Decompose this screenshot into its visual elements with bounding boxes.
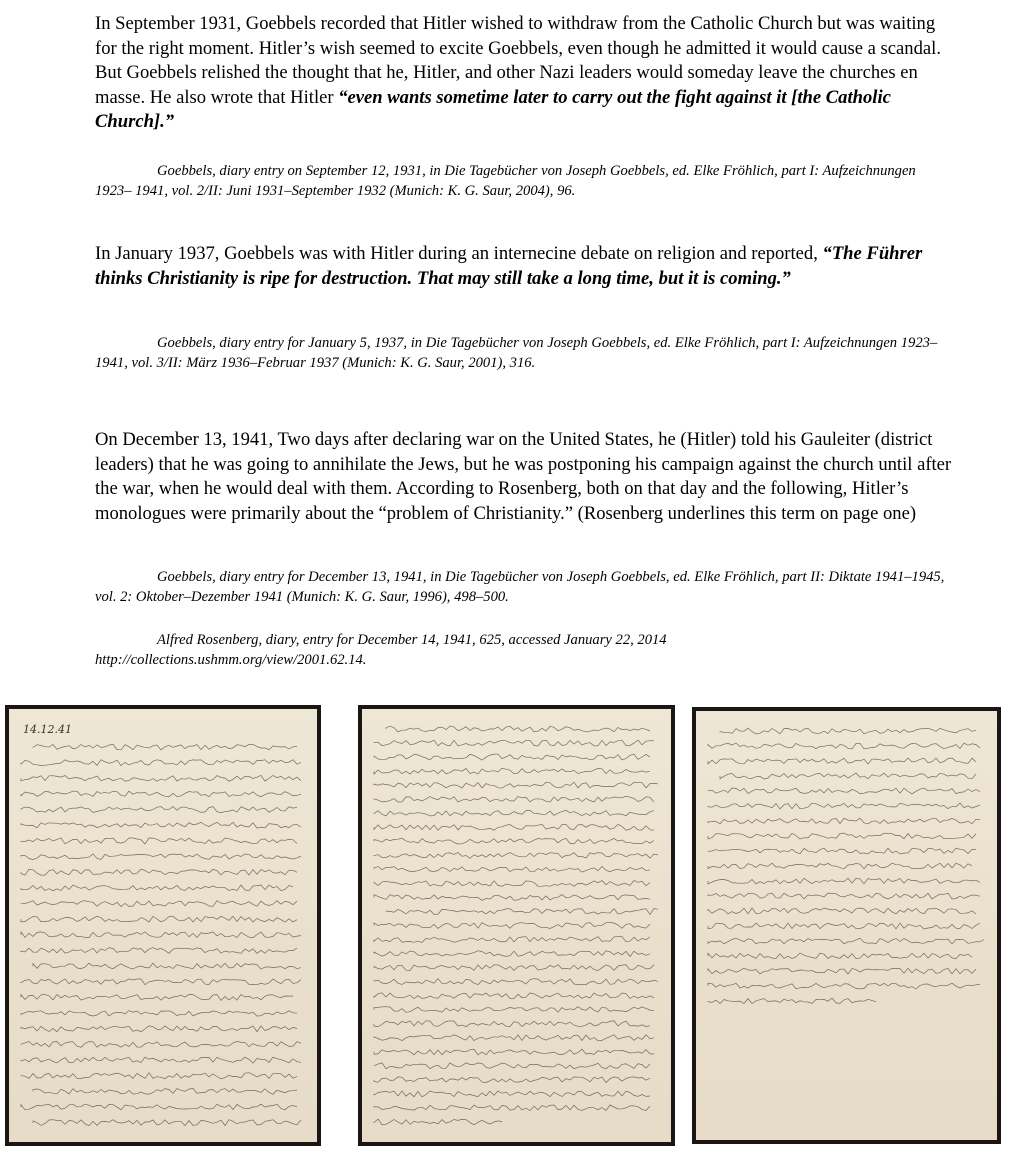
diary-scan-page-1: 14.12.41: [5, 705, 321, 1146]
citation-goebbels-1941: Goebbels, diary entry for December 13, 1…: [95, 567, 955, 607]
citation-1931: Goebbels, diary entry on September 12, 1…: [95, 161, 955, 201]
handwriting-lines: 14.12.41: [19, 719, 307, 1132]
diary-scan-page-2: [358, 705, 675, 1146]
paragraph-1937: In January 1937, Goebbels was with Hitle…: [95, 242, 955, 291]
handwriting-lines: [372, 719, 661, 1132]
citation-rosenberg-1941: Alfred Rosenberg, diary, entry for Decem…: [95, 630, 955, 670]
paragraph-text: In January 1937, Goebbels was with Hitle…: [95, 243, 823, 264]
handwriting-lines: [706, 721, 987, 1130]
diary-scan-page-3: [692, 707, 1001, 1144]
paragraph-1931: In September 1931, Goebbels recorded tha…: [95, 12, 955, 135]
paragraph-1941: On December 13, 1941, Two days after dec…: [95, 428, 955, 526]
date-heading: 14.12.41: [23, 723, 72, 736]
citation-1937: Goebbels, diary entry for January 5, 193…: [95, 333, 955, 373]
